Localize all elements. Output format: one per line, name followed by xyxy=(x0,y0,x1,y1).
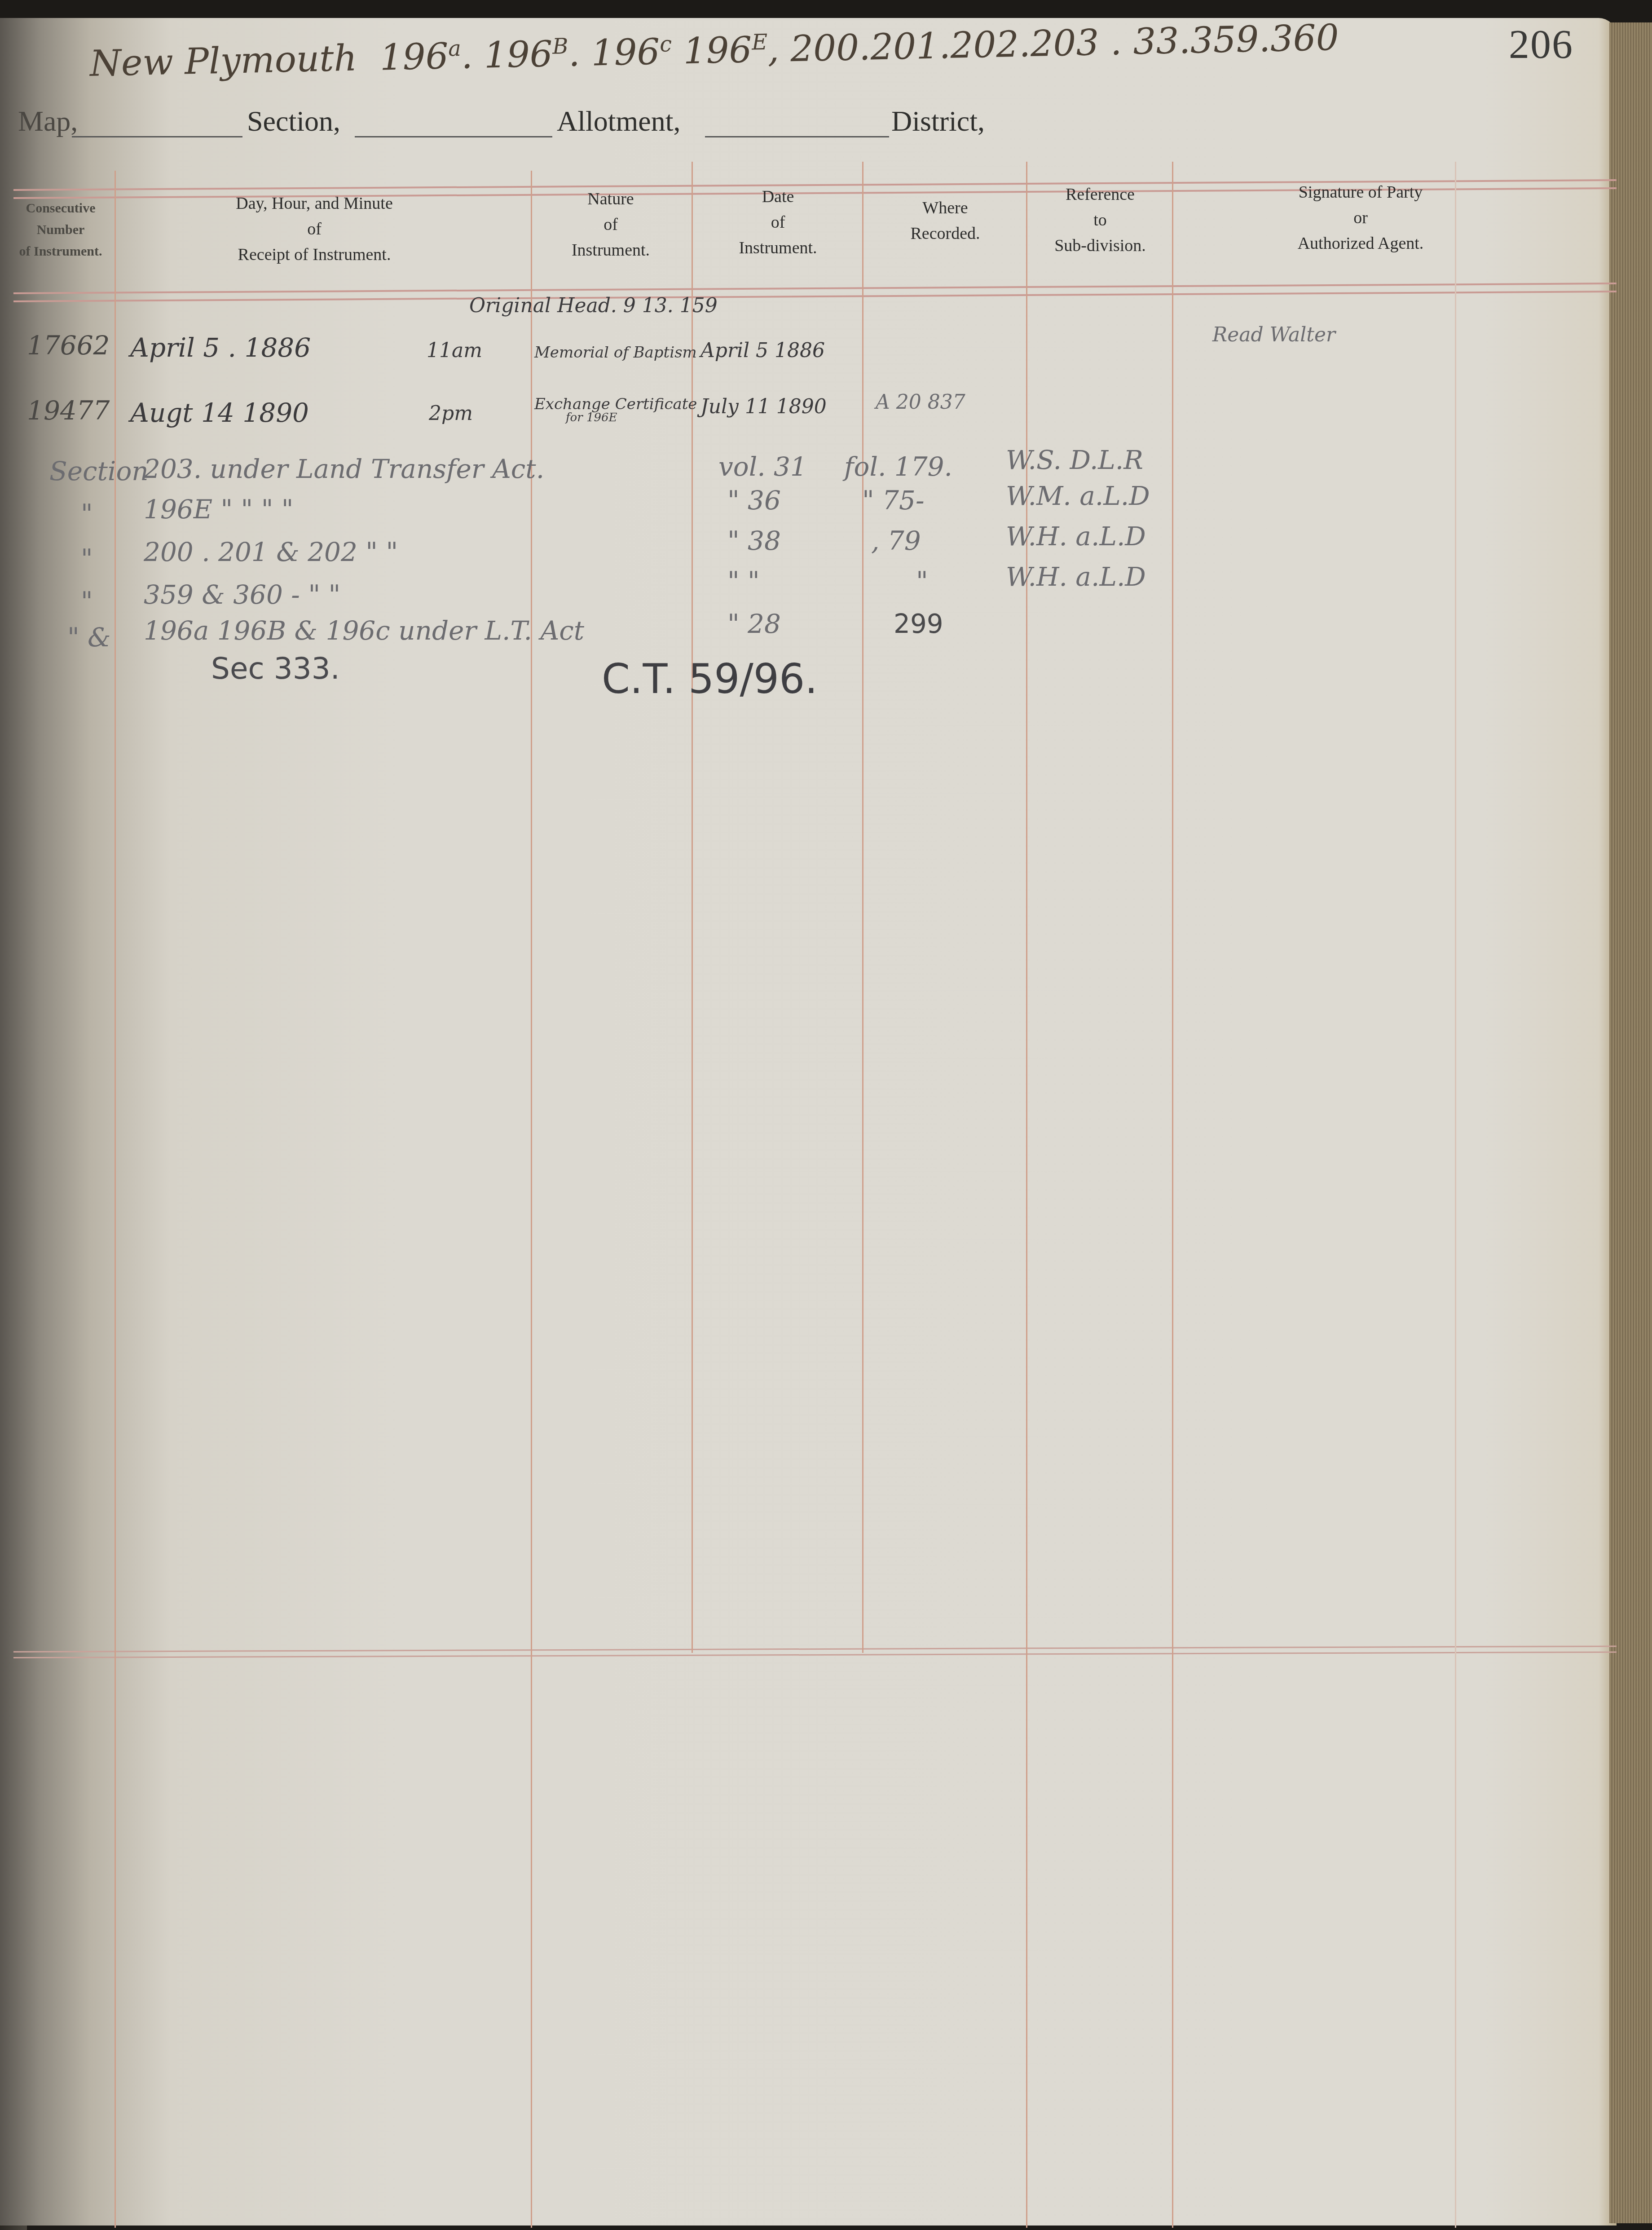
original-head-annotation: Original Head. 9 13. 159 xyxy=(469,294,718,317)
section-note-4-fol: " xyxy=(916,566,928,596)
section-note-3-lead: " xyxy=(81,543,93,574)
header-nature-of-instrument: Nature of Instrument. xyxy=(534,186,687,263)
row1-day: April 5 . 1886 xyxy=(130,332,311,363)
sec-333-note: Sec 333. xyxy=(211,651,340,686)
ct-59-96-note: C.T. 59/96. xyxy=(602,656,818,703)
section-note-5-fol: 299 xyxy=(894,609,943,639)
section-note-1-text: 203. under Land Transfer Act. xyxy=(144,454,544,484)
section-note-2-vol: " 36 xyxy=(727,485,781,516)
row2-time: 2pm xyxy=(429,402,473,425)
allotment-label: Allotment, xyxy=(557,105,681,138)
section-field[interactable] xyxy=(355,136,552,137)
row2-day: Augt 14 1890 xyxy=(130,397,309,428)
section-note-4-lead: " xyxy=(81,586,93,617)
header-where-recorded: Where Recorded. xyxy=(867,195,1024,247)
section-note-4-initials: W.H. a.L.D xyxy=(1006,561,1146,592)
row1-time: 11am xyxy=(427,339,482,362)
column-divider xyxy=(1455,162,1456,2228)
column-divider xyxy=(862,162,863,1653)
column-divider xyxy=(1172,162,1173,2228)
header-day-hour-minute: Day, Hour, and Minute of Receipt of Inst… xyxy=(193,191,436,268)
header-consecutive-number: Consecutive Number of Instrument. xyxy=(9,198,112,262)
section-note-2-fol: " 75- xyxy=(862,485,925,516)
section-note-2-text: 196E " " " " xyxy=(144,494,294,525)
section-note-2-lead: " xyxy=(81,499,93,529)
row2-date: July 11 1890 xyxy=(700,395,827,418)
section-note-3-vol: " 38 xyxy=(727,525,781,556)
page-stack-edge xyxy=(1609,22,1652,2223)
section-note-4-vol: " " xyxy=(727,566,760,596)
header-signature: Signature of Party or Authorized Agent. xyxy=(1221,180,1500,256)
map-field[interactable] xyxy=(72,136,242,137)
section-note-1-fol: fol. 179. xyxy=(844,451,952,482)
row2-where-recorded: A 20 837 xyxy=(876,391,965,414)
page-number: 206 xyxy=(1509,20,1573,68)
section-note-5-vol: " 28 xyxy=(727,609,781,639)
allotment-field[interactable] xyxy=(705,136,889,137)
header-date-of-instrument: Date of Instrument. xyxy=(696,184,860,261)
section-note-5-lead: " & xyxy=(67,622,111,653)
section-note-1-lead: Section xyxy=(49,456,149,486)
title-prefix: New Plymouth xyxy=(89,37,357,84)
row1-date: April 5 1886 xyxy=(700,339,825,362)
section-note-3-initials: W.H. a.L.D xyxy=(1006,521,1146,552)
section-note-1-vol: vol. 31 xyxy=(718,451,807,482)
section-note-3-text: 200 . 201 & 202 " " xyxy=(144,537,398,567)
section-label: Section, xyxy=(247,105,340,138)
district-label: District, xyxy=(891,105,985,138)
section-note-1-initials: W.S. D.L.R xyxy=(1006,445,1143,475)
section-note-3-fol: , 79 xyxy=(871,525,921,556)
section-note-5-text: 196a 196B & 196c under L.T. Act xyxy=(144,615,584,646)
row2-nature-sub: for 196E xyxy=(566,411,617,424)
header-reference-to-subdivision: Reference to Sub-division. xyxy=(1031,182,1170,259)
map-label: Map, xyxy=(18,105,78,138)
row1-number: 17662 xyxy=(27,330,110,361)
form-fields-row: Map, Section, Allotment, District, xyxy=(0,101,1617,146)
section-note-4-text: 359 & 360 - " " xyxy=(144,579,340,610)
column-divider xyxy=(692,162,693,1653)
section-note-2-initials: W.M. a.L.D xyxy=(1006,481,1150,511)
row1-signature: Read Walter xyxy=(1212,323,1335,346)
row1-nature: Memorial of Baptism xyxy=(534,344,697,362)
row2-nature: Exchange Certificate xyxy=(534,395,697,413)
row2-number: 19477 xyxy=(27,395,110,426)
